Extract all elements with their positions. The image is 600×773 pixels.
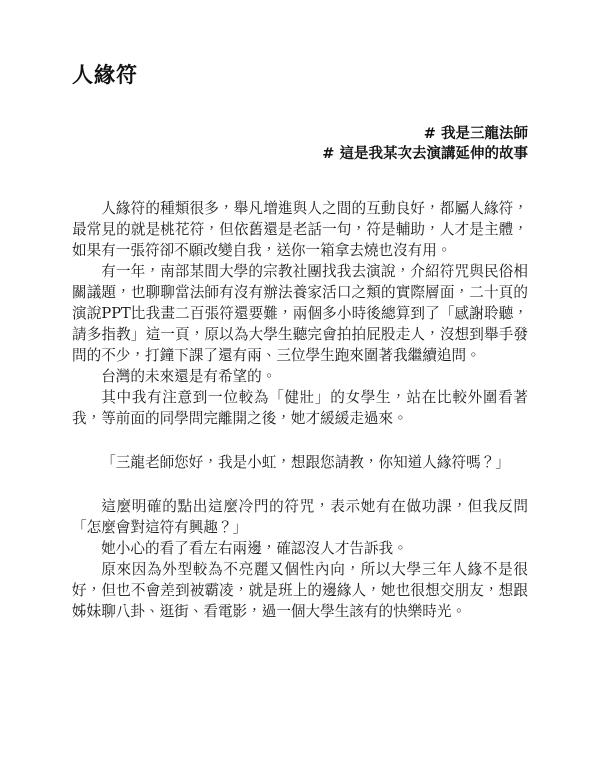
paragraph-8: 原來因為外型較為不亮麗又個性內向，所以大學三年人緣不是很好，但也不會差到被霸凌，… (72, 559, 528, 622)
paragraph-2: 有一年，南部某間大學的宗教社團找我去演說，介紹符咒與民俗相關議題，也聊聊當法師有… (72, 261, 528, 366)
page-title: 人緣符 (72, 60, 528, 90)
dialogue-quote: 「三龍老師您好，我是小虹，想跟您請教，你知道人緣符嗎？」 (72, 452, 528, 473)
paragraph-1: 人緣符的種類很多，舉凡增進與人之間的互動良好，都屬人緣符，最常見的就是桃花符，但… (72, 198, 528, 261)
paragraph-4: 其中我有注意到一位較為「健壯」的女學生，站在比較外圍看著我，等前面的同學問完離開… (72, 387, 528, 429)
hashtag-line-1: # 我是三龍法師 (72, 124, 528, 144)
hashtag-block: # 我是三龍法師 # 這是我某次去演講延伸的故事 (72, 124, 528, 164)
paragraph-3: 台灣的未來還是有希望的。 (72, 366, 528, 387)
paragraph-6: 這麼明確的點出這麼冷門的符咒，表示她有在做功課，但我反問「怎麼會對這符有興趣？」 (72, 496, 528, 538)
document-page: 人緣符 # 我是三龍法師 # 這是我某次去演講延伸的故事 人緣符的種類很多，舉凡… (0, 0, 600, 773)
hashtag-line-2: # 這是我某次去演講延伸的故事 (72, 144, 528, 164)
paragraph-7: 她小心的看了看左右兩邊，確認沒人才告訴我。 (72, 538, 528, 559)
story-body: 人緣符的種類很多，舉凡增進與人之間的互動良好，都屬人緣符，最常見的就是桃花符，但… (72, 198, 528, 622)
